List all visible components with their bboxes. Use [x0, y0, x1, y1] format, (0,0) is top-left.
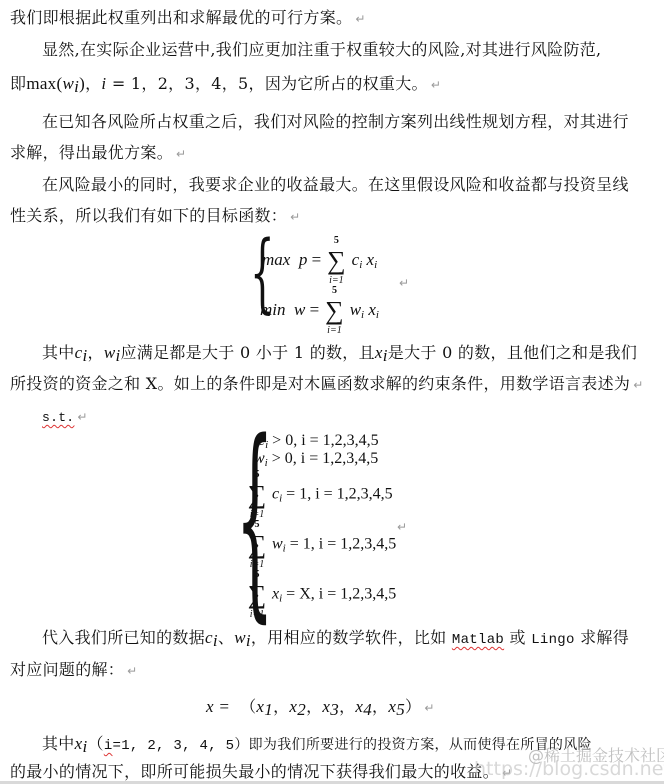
math-var-w: w: [104, 343, 116, 362]
paragraph-7-line-1: 其中xi（i=1, 2, 3, 4, 5）即为我们所要进行的投资方案，从而使得在…: [42, 734, 592, 757]
st-text: s.t.: [42, 410, 74, 425]
paragraph-text: 求解，得出最优方案。: [10, 143, 173, 162]
paragraph-3-line-1: 在已知各风险所占权重之后，我们对风险的控制方案列出线性规划方程，对其进行: [42, 112, 629, 132]
subscript: i: [361, 309, 364, 321]
constraint-sum-x: ∑5i=1 xi = X, i = 1,2,3,4,5: [246, 582, 396, 608]
paragraph-1: 我们即根据此权重列出和求解最优的可行方案。↵: [10, 8, 366, 29]
paragraph-mark-icon: ↵: [431, 78, 441, 92]
sum-upper: 5: [246, 470, 268, 480]
solution-vector: x = （x1，x2，x3，x4，x5）↵: [206, 697, 435, 720]
paragraph-text: 应满足都是大于 0 小于 1 的数，且: [120, 343, 374, 362]
index-i: i: [104, 738, 113, 754]
paragraph-mark-icon: ↵: [176, 147, 186, 161]
constraints-system: { ci > 0, i = 1,2,3,4,5 wi > 0, i = 1,2,…: [236, 428, 416, 618]
close-paren: ）: [405, 697, 421, 716]
paragraph-text: 性关系，所以我们有如下的目标函数：: [10, 206, 287, 225]
subscript: 4: [363, 700, 372, 719]
sum-lower: i=1: [319, 326, 349, 336]
subscript: i: [374, 259, 377, 271]
sigma-icon: ∑5i=1: [323, 298, 345, 324]
sum-upper: 5: [323, 286, 345, 296]
such-that-label: s.t.↵: [42, 406, 88, 428]
sigma-icon: ∑5i=1: [325, 248, 347, 274]
software-matlab: Matlab: [452, 632, 504, 648]
subscript: 2: [297, 700, 306, 719]
separator: 、: [218, 628, 234, 647]
paragraph-2-line-2: 即max(wi)，i = 1，2，3，4，5，因为它所占的权重大。↵: [10, 74, 441, 97]
paragraph-mark-icon: ↵: [397, 520, 407, 534]
paragraph-2-line-1: 显然,在实际企业运营中,我们应更加注重于权重较大的风险,对其进行风险防范,: [42, 40, 601, 60]
paragraph-text: 或: [504, 628, 531, 647]
paragraph-text: 即: [10, 74, 26, 93]
constraint-w-positive: wi > 0, i = 1,2,3,4,5: [254, 450, 378, 469]
watermark-url: https://blog.csdn.net/willyok: [474, 758, 664, 780]
comma: ，: [88, 343, 104, 362]
constraint-text: = X, i = 1,2,3,4,5: [282, 586, 396, 603]
paragraph-6-line-1: 代入我们所已知的数据ci、wi，用相应的数学软件，比如 Matlab 或 Lin…: [42, 628, 629, 651]
paragraph-text: 代入我们所已知的数据: [42, 628, 205, 647]
sum-lower: i=1: [242, 610, 272, 620]
subscript: 5: [396, 700, 405, 719]
paragraph-mark-icon: ↵: [355, 12, 365, 26]
sigma-icon: ∑5i=1: [246, 482, 268, 508]
sum-upper: 5: [246, 520, 268, 530]
separator: ，: [306, 697, 322, 716]
constraint-text: > 0, i = 1,2,3,4,5: [268, 432, 379, 449]
constraint-sum-w: ∑5i=1 wi = 1, i = 1,2,3,4,5: [246, 532, 396, 558]
paragraph-4-line-1: 在风险最小的同时，我要求企业的收益最大。在这里假设风险和收益都与投资呈线: [42, 175, 629, 195]
constraint-text: = 1, i = 1,2,3,4,5: [286, 536, 397, 553]
separator: ，: [273, 697, 289, 716]
sum-upper: 5: [325, 236, 347, 246]
separator: ，: [339, 697, 355, 716]
sum-upper: 5: [246, 570, 268, 580]
paragraph-text: 其中: [42, 734, 75, 753]
paragraph-mark-icon: ↵: [633, 378, 643, 392]
paragraph-mark-icon: ↵: [424, 701, 434, 715]
paragraph-text: 的最小的情况下，即所可能损失最小的情况下获得我们最大的收益。: [10, 762, 499, 781]
math-paren: ): [79, 74, 85, 93]
subscript: 3: [330, 700, 339, 719]
separator: ，: [372, 697, 388, 716]
var-w: w: [350, 300, 361, 319]
var-w: w: [254, 450, 265, 467]
var-p: p: [299, 250, 308, 269]
math-var-w: w: [234, 628, 246, 647]
equals: =: [312, 250, 322, 269]
constraint-text: = 1, i = 1,2,3,4,5: [282, 486, 393, 503]
paragraph-text: 求解得: [575, 628, 629, 647]
objective-function: { max p = ∑5i=1 ci xi ↵ min w = ∑5i=1 wi…: [248, 236, 408, 336]
software-lingo: Lingo: [531, 632, 575, 648]
paragraph-text: （: [88, 734, 104, 753]
paragraph-text: 显然,在实际企业运营中,我们应更加注重于权重较大的风险,对其进行风险防范,: [42, 40, 601, 59]
constraint-text: > 0, i = 1,2,3,4,5: [268, 450, 379, 467]
min-label: min: [260, 300, 286, 319]
var-x: x: [367, 250, 375, 269]
solution-lhs: x =: [206, 697, 235, 716]
equals: =: [310, 300, 320, 319]
max-label: max: [262, 250, 290, 269]
paragraph-text: 是大于 0 的数，且他们之和是我们: [388, 343, 637, 362]
objective-max-row: max p = ∑5i=1 ci xi: [262, 248, 377, 274]
paragraph-3-line-2: 求解，得出最优方案。↵: [10, 143, 186, 164]
sigma-icon: ∑5i=1: [246, 532, 268, 558]
open-paren: （: [240, 697, 256, 716]
var-w: w: [272, 536, 283, 553]
paragraph-text: 其中: [42, 343, 75, 362]
paragraph-text: ，用相应的数学软件，比如: [251, 628, 452, 647]
paragraph-text: = 1，2，3，4，5，因为它所占的权重大。: [106, 74, 427, 93]
paragraph-text: 对应问题的解：: [10, 660, 124, 679]
paragraph-6-line-2: 对应问题的解：↵: [10, 660, 137, 681]
objective-min-row: min w = ∑5i=1 wi xi: [260, 298, 379, 324]
var-w: w: [294, 300, 305, 319]
paragraph-5-line-2: 所投资的资金之和 X。如上的条件即是对木匾函数求解的约束条件，用数学语言表述为↵: [10, 374, 644, 395]
paragraph-mark-icon: ↵: [290, 210, 300, 224]
paragraph-7-line-2: 的最小的情况下，即所可能损失最小的情况下获得我们最大的收益。↵: [10, 762, 512, 783]
paragraph-mark-icon: ↵: [127, 664, 137, 678]
paragraph-mark-icon: ↵: [77, 410, 87, 424]
subscript: 1: [264, 700, 273, 719]
math-max: max(: [26, 74, 62, 93]
paragraph-mark-icon: ↵: [399, 276, 409, 290]
math-var-c: c: [205, 628, 213, 647]
subscript: i: [359, 259, 362, 271]
paragraph-5-line-1: 其中ci，wi应满足都是大于 0 小于 1 的数，且xi是大于 0 的数，且他们…: [42, 343, 637, 366]
paragraph-text: =1, 2, 3, 4, 5）即为我们所要进行的投资方案，从而使得在所冒的风险: [113, 738, 592, 754]
paragraph-text: 在已知各风险所占权重之后，我们对风险的控制方案列出线性规划方程，对其进行: [42, 112, 629, 131]
var-x: x: [368, 300, 376, 319]
sigma-icon: ∑5i=1: [246, 582, 268, 608]
math-var-w: w: [62, 74, 74, 93]
constraint-c-positive: ci > 0, i = 1,2,3,4,5: [258, 432, 379, 451]
paragraph-text: 我们即根据此权重列出和求解最优的可行方案。: [10, 8, 352, 27]
subscript: i: [376, 309, 379, 321]
paragraph-text: 所投资的资金之和 X。如上的条件即是对木匾函数求解的约束条件，用数学语言表述为: [10, 374, 630, 393]
constraint-sum-c: ∑5i=1 ci = 1, i = 1,2,3,4,5: [246, 482, 393, 508]
paragraph-text: 在风险最小的同时，我要求企业的收益最大。在这里假设风险和收益都与投资呈线: [42, 175, 629, 194]
math-var-x: x: [375, 343, 383, 362]
